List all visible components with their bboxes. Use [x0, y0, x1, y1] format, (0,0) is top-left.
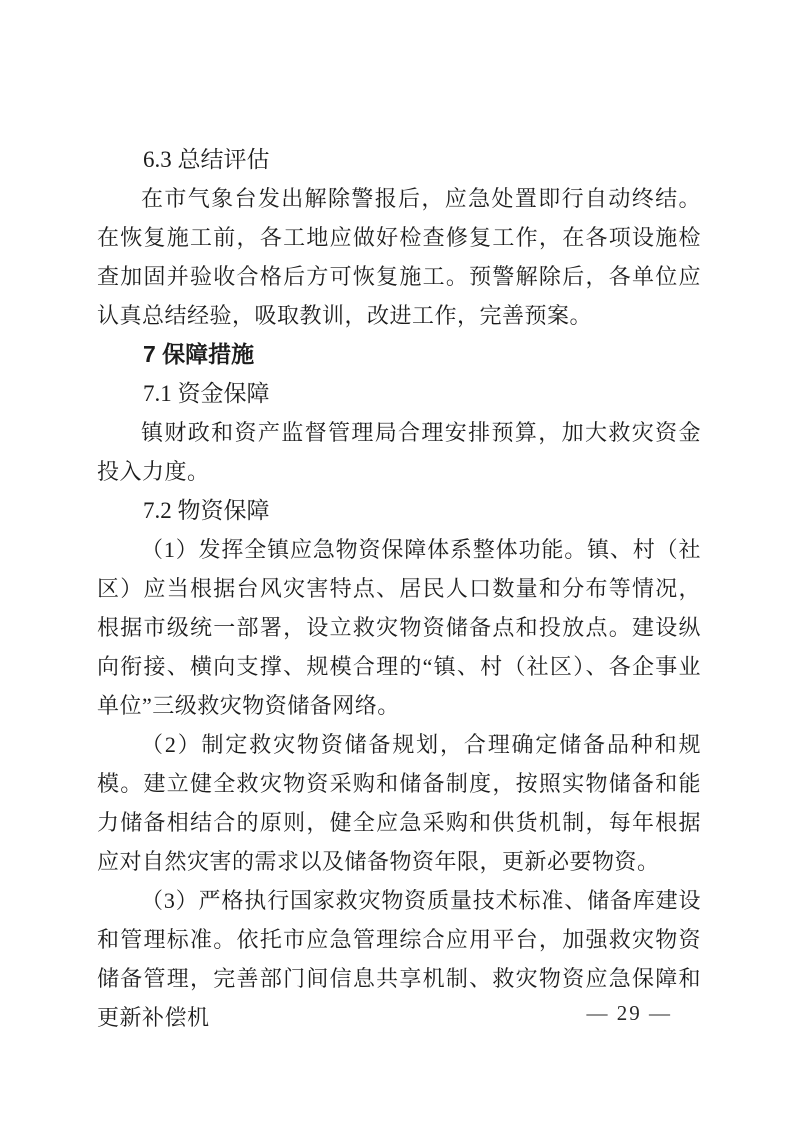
document-content: 6.3 总结评估 在市气象台发出解除警报后，应急处置即行自动终结。在恢复施工前，… [97, 140, 701, 1037]
paragraph-summary-evaluation: 在市气象台发出解除警报后，应急处置即行自动终结。在恢复施工前，各工地应做好检查修… [97, 179, 701, 335]
page-number: — 29 — [587, 1000, 673, 1026]
section-heading-6-3: 6.3 总结评估 [97, 140, 701, 179]
paragraph-funding-guarantee: 镇财政和资产监督管理局合理安排预算，加大救灾资金投入力度。 [97, 413, 701, 491]
section-heading-7-2: 7.2 物资保障 [97, 491, 701, 530]
document-page: 6.3 总结评估 在市气象台发出解除警报后，应急处置即行自动终结。在恢复施工前，… [0, 0, 793, 1122]
chapter-heading-7: 7 保障措施 [97, 335, 701, 374]
paragraph-materials-item-1: （1）发挥全镇应急物资保障体系整体功能。镇、村（社区）应当根据台风灾害特点、居民… [97, 530, 701, 725]
paragraph-materials-item-2: （2）制定救灾物资储备规划，合理确定储备品种和规模。建立健全救灾物资采购和储备制… [97, 725, 701, 881]
section-heading-7-1: 7.1 资金保障 [97, 374, 701, 413]
